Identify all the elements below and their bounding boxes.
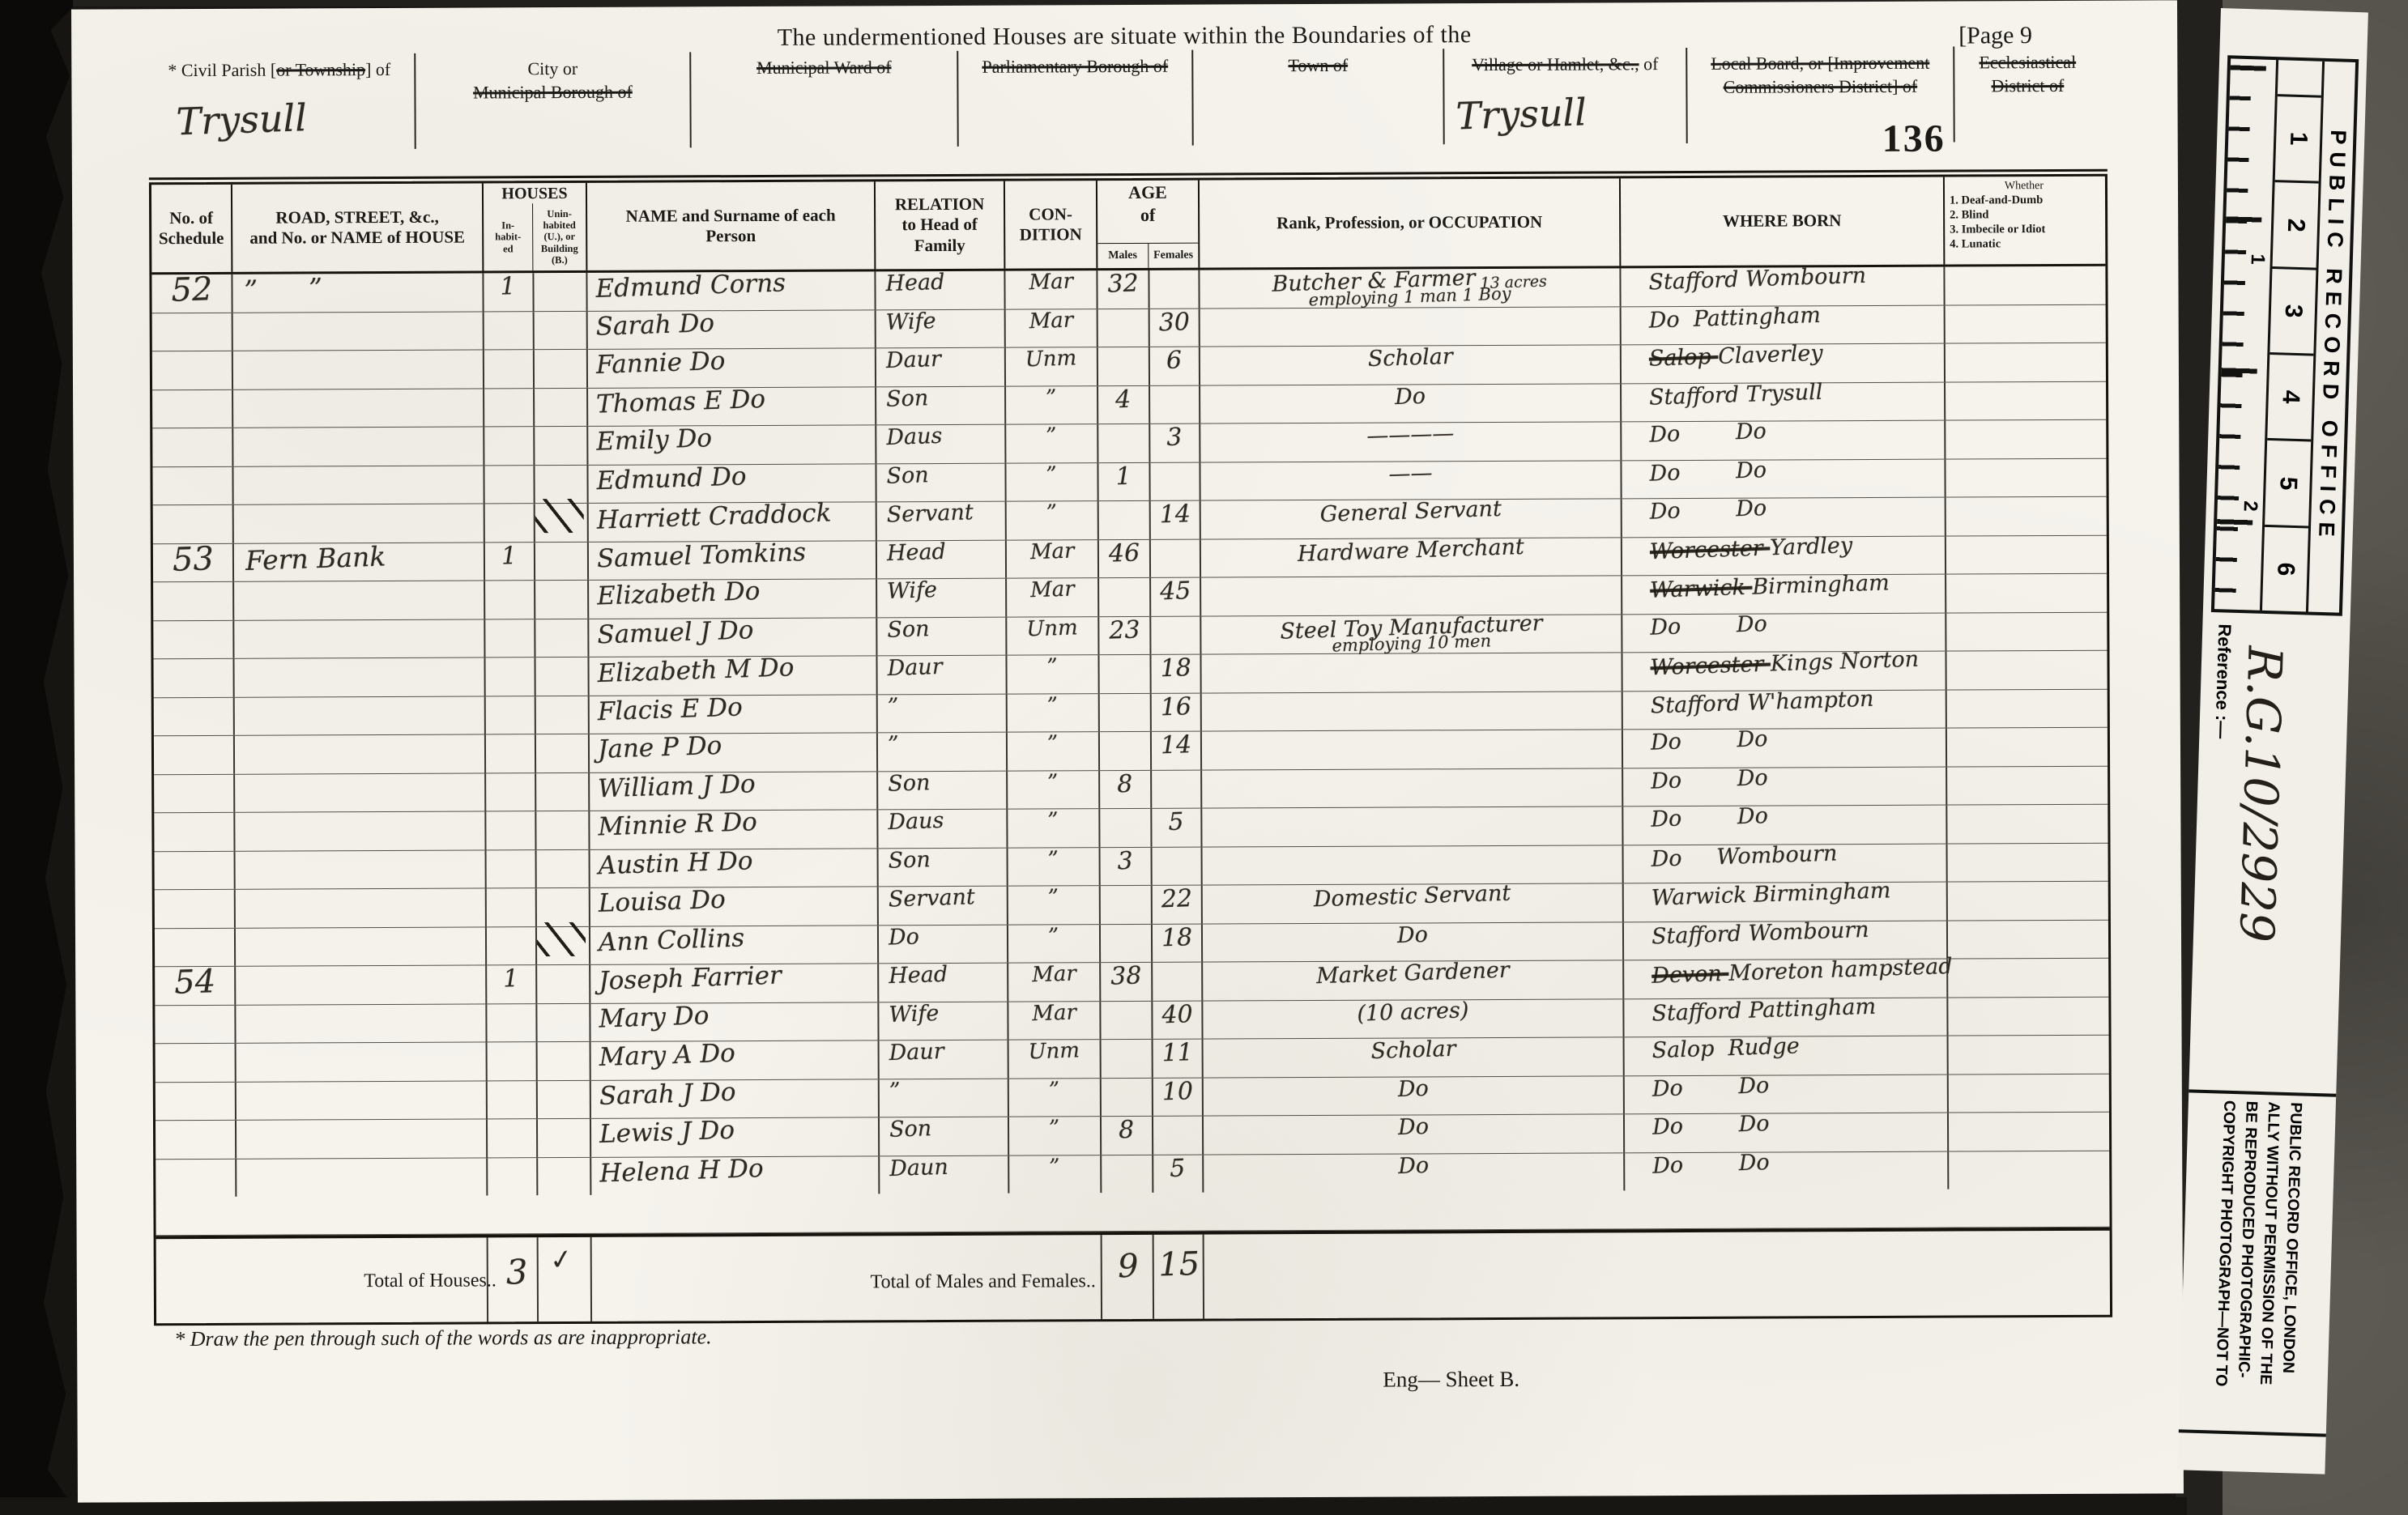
occupation-value: Domestic Servant [1203, 883, 1622, 910]
column-header-text: CON- [1029, 204, 1072, 224]
table-cell: 52 [151, 274, 232, 313]
table-cell: Lewis J Do [591, 1117, 880, 1156]
table-cell: ” [878, 694, 1008, 732]
table-cell: Warwick Birmingham [1624, 883, 1948, 921]
occupation-value: ———— [1200, 422, 1620, 449]
table-cell: 53 [153, 543, 234, 581]
where-born-text: Do Do [1650, 726, 1767, 755]
houses-inhabited-value: 1 [501, 542, 518, 571]
person-name: Ann Collins [590, 923, 744, 957]
table-cell: Do [1204, 1114, 1625, 1154]
table-cell [152, 428, 233, 466]
table-cell [154, 774, 235, 812]
header-field: Municipal Ward of [691, 51, 959, 147]
table-cell: Unm [1009, 1040, 1102, 1078]
condition-value: Unm [1026, 615, 1078, 641]
table-cell [1945, 266, 2103, 304]
table-cell: 1 [484, 273, 534, 311]
occupation-value: Scholar [1200, 345, 1620, 372]
age-male-value: 8 [1119, 1116, 1135, 1145]
table-cell: ” [1009, 1155, 1102, 1194]
table-cell [1200, 307, 1622, 347]
table-cell [1152, 770, 1202, 808]
table-cell: Stafford Wombourn [1624, 921, 1948, 960]
header-field: Parliamentary Borough of [958, 50, 1194, 147]
table-cell: 10 [1153, 1078, 1204, 1116]
table-cell [1946, 651, 2105, 689]
age-title: of [1097, 203, 1198, 227]
check-mark: ✓ [548, 1242, 575, 1278]
pen-correction-mark [537, 921, 586, 955]
condition-value: ” [1046, 385, 1057, 410]
table-cell [235, 734, 486, 773]
age-female-value: 16 [1160, 692, 1191, 721]
relation-value: Wife [877, 577, 938, 604]
column-header-text: (U.), or [543, 231, 575, 243]
table-cell [1153, 963, 1203, 1001]
header-field-label: Ecclesiastical District of [1954, 51, 2100, 98]
table-cell [535, 311, 588, 349]
where-born-struck: Devon [1652, 961, 1729, 989]
table-cell: 14 [1151, 501, 1201, 539]
table-cell [484, 312, 535, 350]
age-female-value: 3 [1166, 423, 1183, 452]
person-name: Sarah J Do [590, 1077, 736, 1111]
table-cell [236, 850, 487, 889]
relation-value: Do [879, 924, 920, 951]
table-cell: Do Do [1622, 459, 1946, 498]
age-female-value: 18 [1161, 923, 1192, 952]
where-born-value: Stafford Trysull [1622, 379, 1823, 411]
person-name: Mary A Do [590, 1039, 735, 1073]
column-header-text: RELATION [895, 194, 985, 215]
table-cell: Daur [877, 656, 1007, 694]
person-name: Louisa Do [590, 885, 726, 918]
road-name: ” ” [232, 272, 323, 307]
table-cell: Ann Collins [590, 926, 879, 964]
condition-value: ” [1048, 924, 1059, 948]
table-cell [1948, 882, 2107, 920]
column-header-text: 4. Lunatic [1950, 237, 2001, 252]
occupation-text: Do [1398, 1114, 1430, 1140]
census-table: No. ofScheduleROAD, STREET, &c.,and No. … [149, 174, 2112, 1326]
where-born-text: Salop Rudge [1652, 1033, 1800, 1063]
table-cell [1202, 806, 1623, 846]
age-male-value: 23 [1109, 615, 1140, 645]
table-cell [485, 504, 535, 542]
occupation-text: Hardware Merchant [1298, 534, 1525, 566]
table-cell: Do Do [1622, 498, 1946, 537]
occupation-value: Do [1203, 922, 1622, 949]
age-male-value: 32 [1107, 269, 1139, 298]
person-name: Jane P Do [589, 731, 722, 764]
table-cell [152, 313, 233, 351]
header-field-label: Commissioners District] of [1687, 74, 1953, 99]
table-cell [1947, 766, 2106, 804]
table-cell: Do Do [1622, 613, 1946, 652]
header-field-label: * Civil Parish [or Township] of [168, 58, 414, 83]
table-cell [152, 389, 233, 428]
table-cell [1203, 845, 1624, 885]
relation-value: Daus [878, 808, 944, 836]
table-cell: Do [1203, 922, 1624, 962]
table-cell: Do Do [1625, 1113, 1949, 1152]
table-cell [234, 504, 485, 543]
table-cell: Do Do [1625, 1075, 1949, 1113]
table-cell [233, 350, 484, 389]
table-cell [1946, 420, 2104, 458]
where-born-text: Do Pattingham [1648, 302, 1821, 333]
where-born-struck: Worcester [1650, 652, 1771, 681]
reference-value: R.G.10/2929 [2229, 645, 2293, 943]
condition-value: ” [1046, 423, 1057, 448]
ruler-number: 3 [2279, 304, 2307, 318]
table-cell: Head [879, 964, 1008, 1002]
total-males-value: 9 [1102, 1246, 1154, 1285]
table-cell [1946, 612, 2105, 650]
header-field-value: Trysull [176, 94, 308, 147]
occupation-value: Market Gardener [1203, 960, 1622, 987]
table-cell [1102, 1155, 1153, 1193]
occupation-value: Do [1204, 1153, 1623, 1180]
table-cell [234, 657, 485, 696]
table-cell [1100, 693, 1152, 731]
table-cell [1948, 920, 2107, 958]
table-cell: Daus [878, 810, 1008, 848]
where-born-text: Stafford Pattingham [1652, 994, 1877, 1026]
column-header-whether: Whether1. Deaf-and-Dumb2. Blind3. Imbeci… [1945, 177, 2103, 265]
table-cell [486, 773, 536, 811]
column-header-road: ROAD, STREET, &c.,and No. or NAME of HOU… [232, 183, 484, 271]
person-name: Elizabeth Do [589, 577, 761, 611]
occupation-second-line: employing 1 man 1 Boy [1200, 287, 1620, 309]
table-cell: Servant [877, 502, 1007, 540]
age-female-value: 11 [1161, 1038, 1193, 1067]
label-text: * Civil Parish [ [168, 60, 276, 81]
condition-value: ” [1046, 462, 1057, 487]
relation-value: Daus [876, 423, 943, 451]
table-cell [1153, 1117, 1204, 1155]
table-cell: ” ” [232, 273, 484, 312]
table-cell [1947, 689, 2106, 727]
where-born-value: Do Pattingham [1621, 302, 1821, 334]
table-cell [488, 1158, 538, 1196]
condition-value: ” [1047, 847, 1059, 871]
occupation-text: Scholar [1367, 344, 1453, 372]
where-born-text: Stafford W'hampton [1650, 686, 1874, 718]
table-cell: 1 [487, 965, 537, 1003]
schedule-number: 53 [172, 540, 214, 579]
where-born-text: Kings Norton [1770, 647, 1919, 677]
age-male-value: 1 [1115, 462, 1132, 491]
ruler-number: 1 [2284, 132, 2312, 147]
where-born-text: Warwick Birmingham [1651, 878, 1890, 911]
person-name: Edmund Do [588, 462, 747, 496]
column-header-houses: HOUSESIn-habit-edUnin-habited(U.), orBui… [484, 183, 587, 271]
condition-value: Mar [1029, 308, 1074, 334]
relation-value: Son [876, 385, 929, 412]
where-born-text: Stafford Wombourn [1648, 263, 1866, 296]
table-cell [156, 1159, 237, 1197]
table-cell [1949, 1113, 2108, 1151]
person-name: Samuel Tomkins [588, 537, 806, 573]
table-cell: 6 [1150, 347, 1200, 385]
table-cell: 32 [1097, 270, 1149, 309]
table-cell [486, 734, 536, 772]
table-cell: (10 acres) [1203, 999, 1624, 1039]
table-cell: 30 [1150, 309, 1200, 347]
person-name: Lewis J Do [591, 1116, 735, 1150]
where-born-text: Stafford Wombourn [1652, 917, 1869, 949]
column-header-text: 1. Deaf-and-Dumb [1950, 193, 2043, 208]
table-cell: Minnie R Do [590, 810, 878, 849]
column-header-relation: RELATIONto Head ofFamily [876, 181, 1005, 270]
table-cell: Daur [876, 348, 1006, 386]
age-female-value: 5 [1170, 1154, 1186, 1183]
person-name: Joseph Farrier [590, 961, 782, 997]
column-header-condition: CON-DITION [1005, 181, 1097, 268]
table-cell [536, 734, 590, 772]
total-houses-value: 3 [505, 1251, 528, 1292]
totals-row: Total of Houses.. 3 ✓ Total of Males and… [156, 1227, 2110, 1323]
ruler-number-cell: 5 [2265, 440, 2311, 528]
table-cell [1150, 462, 1200, 500]
condition-value: ” [1047, 693, 1059, 717]
grid-line [537, 1237, 539, 1321]
column-header-text: ROAD, STREET, &c., [275, 207, 439, 228]
where-born-value: Stafford W'hampton [1622, 686, 1873, 719]
table-cell: Joseph Farrier [590, 964, 879, 1002]
relation-value: ” [879, 1078, 901, 1104]
header-field-label: Municipal Borough of [416, 80, 689, 104]
occupation-text: Do [1398, 1152, 1430, 1178]
table-cell: Stafford Trysull [1622, 382, 1946, 421]
table-cell: Stafford W'hampton [1623, 690, 1947, 729]
table-cell [535, 388, 588, 426]
age-male-value: 3 [1117, 846, 1133, 875]
table-cell: Do Do [1623, 729, 1947, 768]
table-cell [155, 851, 236, 889]
table-cell [1946, 497, 2105, 535]
condition-value: Unm [1028, 1038, 1080, 1064]
total-females-value: 15 [1153, 1245, 1204, 1283]
relation-value: Son [878, 847, 931, 874]
where-born-struck: Warwick [1650, 575, 1753, 603]
table-cell: Worcester Kings Norton [1622, 652, 1946, 691]
table-cell [487, 1004, 537, 1042]
table-cell: Head [877, 540, 1007, 578]
table-cell [152, 466, 233, 504]
struck-label-text: Local Board, or [Improvement [1711, 53, 1929, 74]
condition-value: Mar [1029, 538, 1075, 564]
table-cell: Elizabeth Do [589, 579, 877, 618]
table-cell [237, 1119, 488, 1158]
table-cell: Do [1200, 384, 1622, 423]
header-field-label: Parliamentary Borough of [958, 55, 1191, 79]
column-header-text: Building [541, 243, 578, 255]
condition-value: ” [1049, 1155, 1060, 1179]
relation-value: ” [877, 732, 899, 758]
occupation-value: General Servant [1201, 499, 1621, 526]
table-cell [233, 312, 484, 351]
person-name: Mary Do [590, 1001, 710, 1034]
table-cell: ” [1006, 463, 1098, 501]
table-cell: ” [1008, 732, 1100, 770]
table-cell: 23 [1099, 616, 1151, 654]
table-cell [537, 849, 590, 887]
table-cell: 1 [485, 543, 535, 581]
header-field: * Civil Parish [or Township] ofTrysull [164, 53, 416, 150]
occupation-second-line: employing 10 men [1201, 633, 1621, 655]
table-cell [236, 927, 487, 966]
column-header-text: Unin- [547, 208, 572, 220]
table-cell: 40 [1153, 1001, 1203, 1039]
table-cell: Butcher & Farmer 13 acresemploying 1 man… [1200, 268, 1621, 308]
table-cell: Samuel J Do [589, 618, 877, 657]
condition-value: Mar [1029, 577, 1075, 603]
table-cell [537, 888, 590, 926]
condition-value: ” [1049, 1078, 1060, 1102]
age-female-value: 30 [1158, 308, 1190, 337]
where-born-value: Do Do [1623, 803, 1768, 833]
where-born-text: Do Do [1652, 1150, 1770, 1179]
table-cell: Samuel Tomkins [589, 541, 877, 580]
relation-value: Wife [876, 309, 936, 335]
table-cell [1101, 924, 1153, 962]
table-cell: 16 [1152, 693, 1202, 731]
table-cell [155, 928, 236, 966]
age-female-value: 14 [1159, 500, 1191, 529]
table-cell [1151, 539, 1201, 577]
where-born-value: Salop Rudge [1624, 1033, 1800, 1064]
table-cell: Wife [879, 1002, 1008, 1040]
table-cell [1946, 458, 2104, 496]
table-cell: Son [880, 1117, 1009, 1155]
table-cell: ” [1008, 848, 1101, 886]
table-cell [536, 811, 590, 849]
table-cell: ” [1008, 771, 1100, 809]
table-cell [1201, 653, 1622, 692]
table-cell [1947, 728, 2106, 766]
table-cell: Stafford Wombourn [1621, 267, 1945, 306]
condition-value: ” [1048, 885, 1059, 909]
age-female-value: 10 [1161, 1077, 1193, 1106]
occupation-text: General Servant [1319, 496, 1502, 527]
ruler-number-cell: 3 [2269, 269, 2316, 356]
condition-value: Unm [1025, 346, 1077, 372]
condition-value: ” [1047, 770, 1059, 794]
table-cell [1948, 843, 2107, 881]
condition-value: ” [1047, 808, 1059, 832]
table-cell [1202, 768, 1623, 808]
header-field: Village or Hamlet, &c., ofTrysull [1444, 48, 1688, 144]
table-cell [535, 619, 589, 657]
relation-value: Daur [879, 1039, 944, 1066]
person-name: Flacis E Do [589, 692, 743, 726]
houses-inhabited-value: 1 [503, 964, 519, 994]
table-cell: Do Do [1623, 806, 1947, 845]
ruler-number-cell: 2 [2272, 182, 2318, 270]
header-field: Town of [1193, 49, 1445, 145]
table-cell: 5 [1153, 1155, 1204, 1193]
occupation-text: Domestic Servant [1314, 881, 1511, 913]
table-cell: Market Gardener [1203, 960, 1624, 1000]
table-cell: Son [876, 386, 1006, 424]
table-cell [535, 465, 588, 503]
table-cell [535, 581, 589, 619]
table-cell [486, 696, 536, 734]
road-name: Fern Bank [233, 540, 386, 577]
where-born-text: Stafford Trysull [1649, 379, 1823, 410]
table-cell: Worcester Yardley [1622, 536, 1946, 575]
reference-label: Reference :— [2210, 623, 2235, 739]
table-cell [1100, 809, 1152, 847]
relation-value: Son [876, 462, 929, 489]
table-cell: ” [1009, 1079, 1102, 1117]
table-cell [153, 659, 234, 697]
age-female-value: 18 [1160, 653, 1191, 683]
table-cell: Emily Do [588, 425, 876, 464]
table-cell: Mary Do [590, 1002, 879, 1041]
table-cell: ” [1008, 809, 1100, 847]
table-cell [156, 1082, 237, 1120]
column-header-males: Males [1097, 244, 1149, 268]
table-cell: Fern Bank [234, 543, 485, 581]
occupation-text: Scholar [1370, 1036, 1456, 1064]
table-cell: Son [878, 771, 1008, 809]
occupation-text: Do [1395, 383, 1426, 409]
occupation-value: Scholar [1204, 1037, 1623, 1064]
table-cell: 14 [1152, 732, 1202, 770]
where-born-value: Do Wombourn [1623, 840, 1838, 873]
header-field: Ecclesiastical District of [1954, 46, 2101, 143]
grid-line [590, 1236, 592, 1321]
table-cell [1948, 997, 2107, 1035]
where-born-text: Do Do [1649, 496, 1767, 525]
column-header-uninhabited: Unin-habited(U.), orBuilding(B.) [533, 203, 586, 270]
occupation-text: (10 acres) [1357, 998, 1469, 1026]
table-cell: William J Do [590, 772, 878, 811]
table-cell [1098, 309, 1150, 347]
column-header-females: Females [1149, 244, 1199, 268]
table-cell: Steel Toy Manufactureremploying 10 men [1201, 615, 1622, 654]
struck-label-text: Village or Hamlet, &c., [1472, 53, 1639, 74]
table-cell: Head [876, 271, 1005, 309]
table-cell: Unm [1007, 617, 1099, 655]
table-cell [485, 657, 535, 696]
column-header-where-born: WHERE BORN [1621, 177, 1945, 266]
schedule-number: 54 [173, 963, 215, 1002]
column-header-occupation: Rank, Profession, or OCCUPATION [1200, 178, 1621, 267]
table-cell [1099, 501, 1151, 539]
table-cell [1949, 1151, 2108, 1189]
table-cell [156, 1121, 237, 1159]
column-header-text: In- [501, 219, 514, 231]
table-cell: 3 [1101, 847, 1153, 885]
table-cell: Hardware Merchant [1201, 538, 1622, 577]
where-born-value: Warwick Birmingham [1623, 878, 1890, 912]
person-name: Samuel J Do [589, 615, 754, 650]
struck-label-text: or Township [276, 59, 365, 79]
age-subcolumns: MalesFemales [1097, 243, 1198, 269]
where-born-text: Do Do [1649, 457, 1767, 487]
table-cell: Stafford Pattingham [1624, 998, 1948, 1036]
table-cell: Do [1204, 1153, 1625, 1193]
table-cell: Mar [1008, 1002, 1101, 1040]
label-text: ] of [365, 59, 390, 79]
houses-inhabited-value: 1 [500, 272, 516, 301]
table-cell [487, 888, 537, 926]
